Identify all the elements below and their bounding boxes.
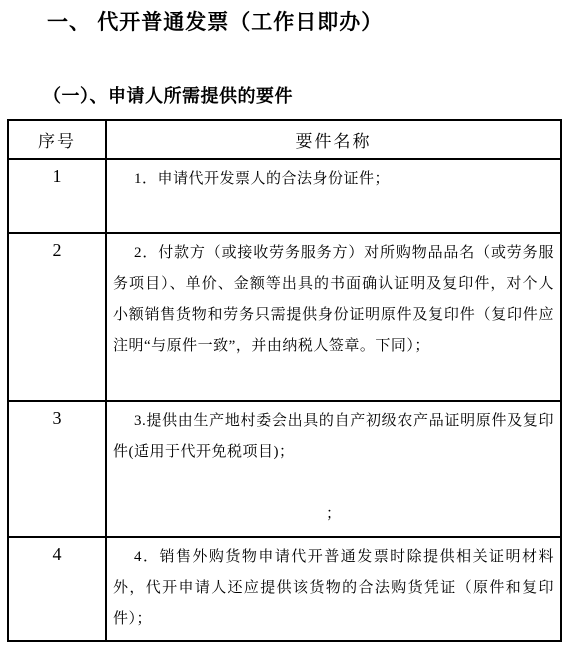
document-page: { "page": { "title": "一、 代开普通发票（工作日即办）",… xyxy=(0,0,574,648)
requirement-text-2: 2．付款方（或接收劳务服务方）对所购物品品名（或劳务服务项目）、单价、金额等出具… xyxy=(113,238,554,362)
requirement-cell-3: 3.提供由生产地村委会出具的自产初级农产品证明原件及复印件(适用于代开免税项目)… xyxy=(106,401,561,537)
serial-number-3: 3 xyxy=(8,401,106,537)
requirements-table: 序号 要件名称 1 1．申请代开发票人的合法身份证件； 2 2．付款方（或接收劳… xyxy=(7,119,562,642)
serial-number-2: 2 xyxy=(8,233,106,401)
standalone-semicolon-line: ； xyxy=(113,499,554,530)
requirement-text-1: 1．申请代开发票人的合法身份证件； xyxy=(113,164,554,195)
requirement-cell-1: 1．申请代开发票人的合法身份证件； xyxy=(106,159,561,233)
table-row-2: 2 2．付款方（或接收劳务服务方）对所购物品品名（或劳务服务项目）、单价、金额等… xyxy=(8,233,561,401)
column-header-requirement-name: 要件名称 xyxy=(106,120,561,159)
table-row-3: 3 3.提供由生产地村委会出具的自产初级农产品证明原件及复印件(适用于代开免税项… xyxy=(8,401,561,537)
table-row-4: 4 4．销售外购货物申请代开普通发票时除提供相关证明材料外，代开申请人还应提供该… xyxy=(8,537,561,641)
page-title: 一、 代开普通发票（工作日即办） xyxy=(47,6,383,36)
requirement-text-4: 4．销售外购货物申请代开普通发票时除提供相关证明材料外，代开申请人还应提供该货物… xyxy=(113,542,554,635)
section-heading: （一）、申请人所需提供的要件 xyxy=(43,82,293,108)
serial-number-4: 4 xyxy=(8,537,106,641)
table-row-1: 1 1．申请代开发票人的合法身份证件； xyxy=(8,159,561,233)
serial-number-1: 1 xyxy=(8,159,106,233)
requirement-cell-4: 4．销售外购货物申请代开普通发票时除提供相关证明材料外，代开申请人还应提供该货物… xyxy=(106,537,561,641)
table-header-row: 序号 要件名称 xyxy=(8,120,561,159)
requirement-cell-2: 2．付款方（或接收劳务服务方）对所购物品品名（或劳务服务项目）、单价、金额等出具… xyxy=(106,233,561,401)
requirement-text-3: 3.提供由生产地村委会出具的自产初级农产品证明原件及复印件(适用于代开免税项目)… xyxy=(113,406,554,468)
column-header-serial: 序号 xyxy=(8,120,106,159)
